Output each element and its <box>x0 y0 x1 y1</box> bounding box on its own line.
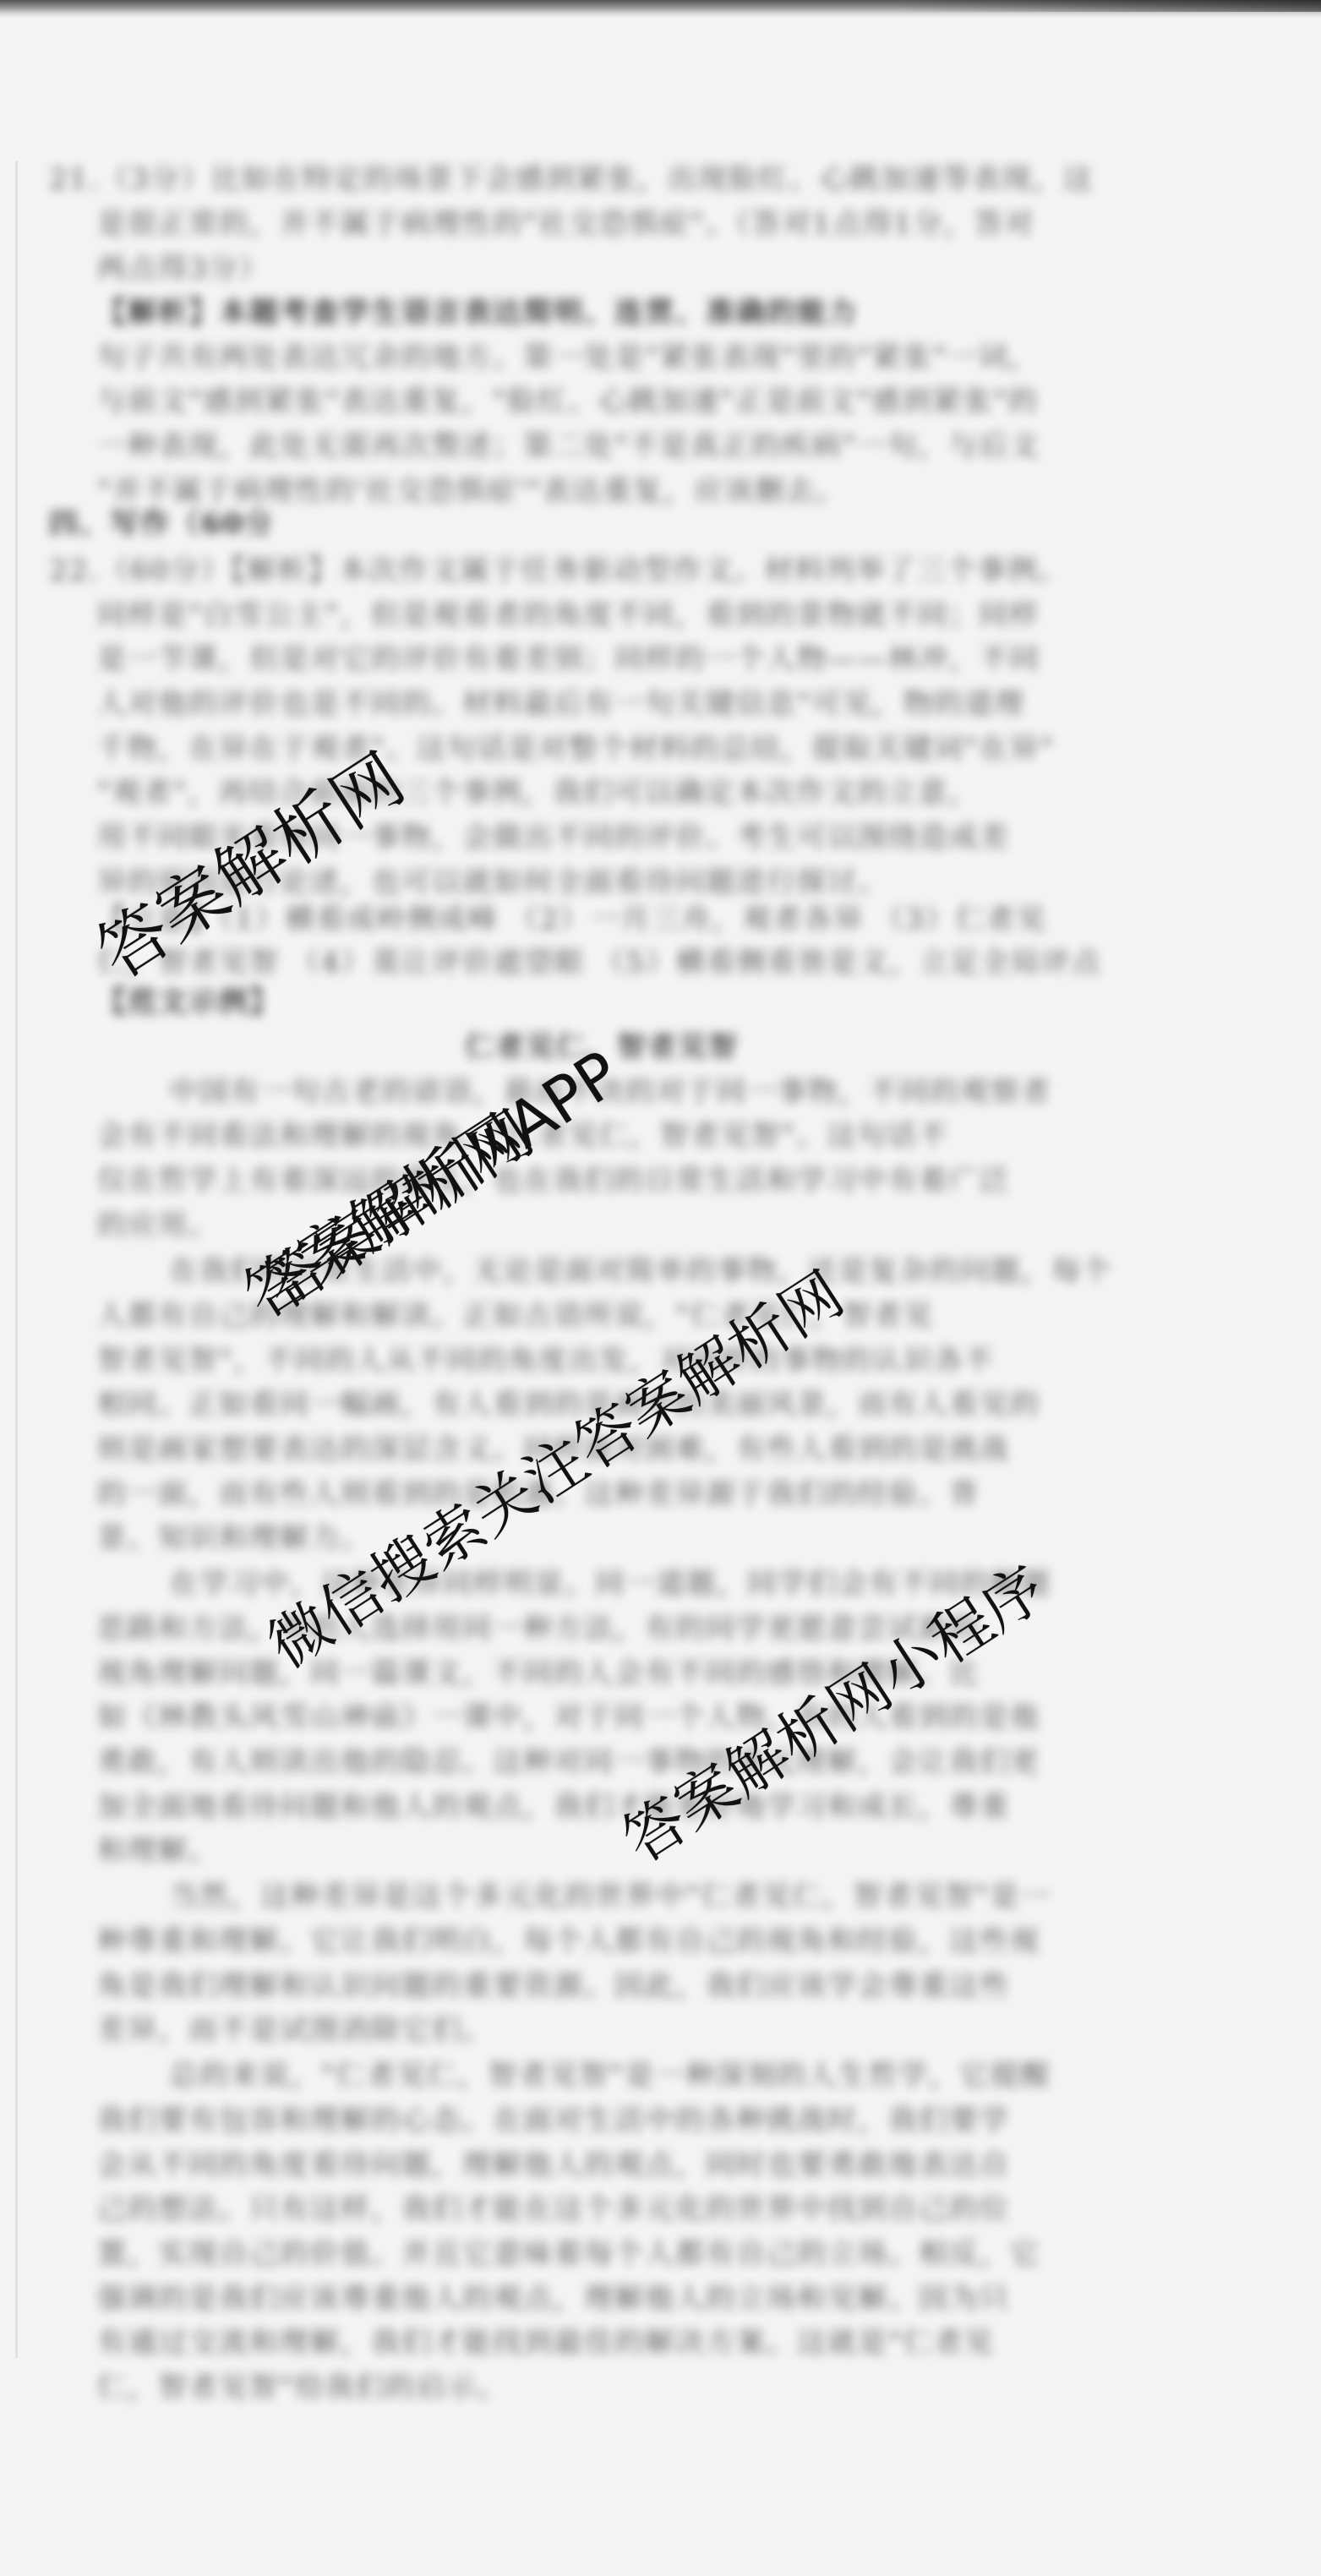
document-text-line: 如《林教头风雪山神庙》一课中，对于同一个人物，有的人看到的是他 <box>97 1700 1116 1734</box>
document-text-line: 22.（60分）【解析】本次作文属于任务驱动型作文。材料列举了三个事例。 <box>49 554 1116 587</box>
document-text-line: 角是我们理解和认识问题的重要资源。因此，我们应该学会尊重这些 <box>97 1969 1116 2003</box>
document-text-line: 己的想法。只有这样，我们才能在这个多元化的世界中找到自己的位 <box>97 2192 1116 2226</box>
blurred-answer-document: 21.（3分）比如在特定的场景下会感到紧张，出现脸红、心跳加速等表现，这是很正常… <box>0 0 1321 2576</box>
document-text-line: "并不属于病理性的'社交恐惧症'"表达重复，应该删去。 <box>97 474 883 508</box>
document-text-line: 21.（3分）比如在特定的场景下会感到紧张，出现脸红、心跳加速等表现，这 <box>49 162 1116 196</box>
document-text-line: 加全面地看待问题和他人的观点，我们才能更好地学习和成长，尊重 <box>97 1790 1116 1824</box>
document-text-line: 人都有自己的理解和解读。正如古语所说，"仁者见仁，智者见 <box>97 1299 1116 1333</box>
document-text-line: 【解析】本题考查学生语言表达简明、连贯、准确的能力 <box>97 296 858 330</box>
document-text-line: "观者"，再结合前面的三个事例，我们可以确定本次作文的立意， <box>97 776 1116 810</box>
document-text-line: 有通过交流和理解，我们才能找到最佳的解决方案。这就是"仁者见 <box>97 2326 1116 2360</box>
document-text-line: 是一节课，但是对它的评价有着差别；同样的一个人物——林冲，不同 <box>97 642 1116 676</box>
document-text-line: 的一面，而有些人则看到的是机遇。这种差异源于我们的经验、背 <box>97 1477 1116 1511</box>
document-text-line: 种尊重和理解。它让我们明白，每个人都有自己的视角和经验，这些视 <box>97 1924 1116 1958</box>
document-text-line: 是很正常的，并不属于病理性的"社交恐惧症"。（答对1点得1分，答对 <box>97 207 1116 241</box>
document-text-line: 会从不同的角度看待问题，理解他人的观点，同时也要勇敢地表达自 <box>97 2148 1116 2182</box>
document-text-line: 仁，智者见智 （4）莫让评价遮望眼 （5）横看侧看皆是文，立足全局评点 <box>97 946 1111 980</box>
document-text-line: 一种表现，此处无需再次赘述；第二处"不是真正的疾病"一句，与后文 <box>97 429 1116 463</box>
document-text-line: 差异，而不是试图消除它们。 <box>97 2013 503 2047</box>
document-text-line: 智者见智"，不同的人从不同的角度出发，对同样的事物的认识各不 <box>97 1344 1116 1378</box>
document-text-line: 会有不同看法和理解的视角，"仁者见仁，智者见智"。这句话不 <box>97 1119 1116 1153</box>
document-text-line: 仁，智者见智"给我们的启示。 <box>97 2371 520 2404</box>
document-text-line: 四、写作（60分） <box>49 507 269 541</box>
document-text-line: 当然，这种差异是这个多元化的世界中"仁者见仁，智者见智"是一 <box>169 1880 1116 1913</box>
document-text-line: 仅在哲学上有着深远的意义，也在我们的日常生活和学习中有着广泛 <box>97 1164 1116 1198</box>
document-text-line: 强调的是我们应该尊重他人的观点，理解他人的立场和见解。因为只 <box>97 2282 1116 2316</box>
document-text-line: 置，实现自己的价值。并且它意味着每个人都有自己的立场。相反，它 <box>97 2237 1116 2271</box>
document-text-line: 句子共有两处表达冗余的地方。第一处是"紧张表现"里的"紧张"一词， <box>97 341 1116 374</box>
document-text-line: 景、知识和理解力。 <box>97 1521 385 1555</box>
document-text-line: 的应用。 <box>97 1209 224 1242</box>
document-text-line: 我们要有包容和理解的心态。在面对生活中的各种挑战时，我们要学 <box>97 2104 1116 2137</box>
document-text-line: 总的来说，"仁者见仁，智者见智"是一种深刻的人生哲学，它提醒 <box>169 2059 1116 2093</box>
document-text-line: 勇敢，有人则读出他的隐忍。这种对同一事物的多元理解，会让我们更 <box>97 1745 1116 1779</box>
document-text-line: 中国有一句古老的谚语，悬而不决的对于同一事物，不同的观察者 <box>169 1075 1116 1109</box>
document-text-line: 【范文示例】 <box>97 985 266 1019</box>
document-text-line: 同样是"白雪公主"，但是观看者的角度不同，看到的景物就不同；同样 <box>97 598 1116 632</box>
document-text-line: 人对他的评价也是不同的。材料最后有一句关键信息"可见，物的道理 <box>97 687 1116 721</box>
document-text-line: 和理解。 <box>97 1834 224 1868</box>
document-text-line: 千物，在异在于观者"。这句话是对整个材料的总结，提取关键词"在异" <box>97 732 1116 766</box>
document-text-line: 与前文"感到紧张"表达重复，"脸红、心跳加速"正是前文"感到紧张"的 <box>97 385 1116 418</box>
document-text-line: 两点得3分） <box>97 252 275 286</box>
